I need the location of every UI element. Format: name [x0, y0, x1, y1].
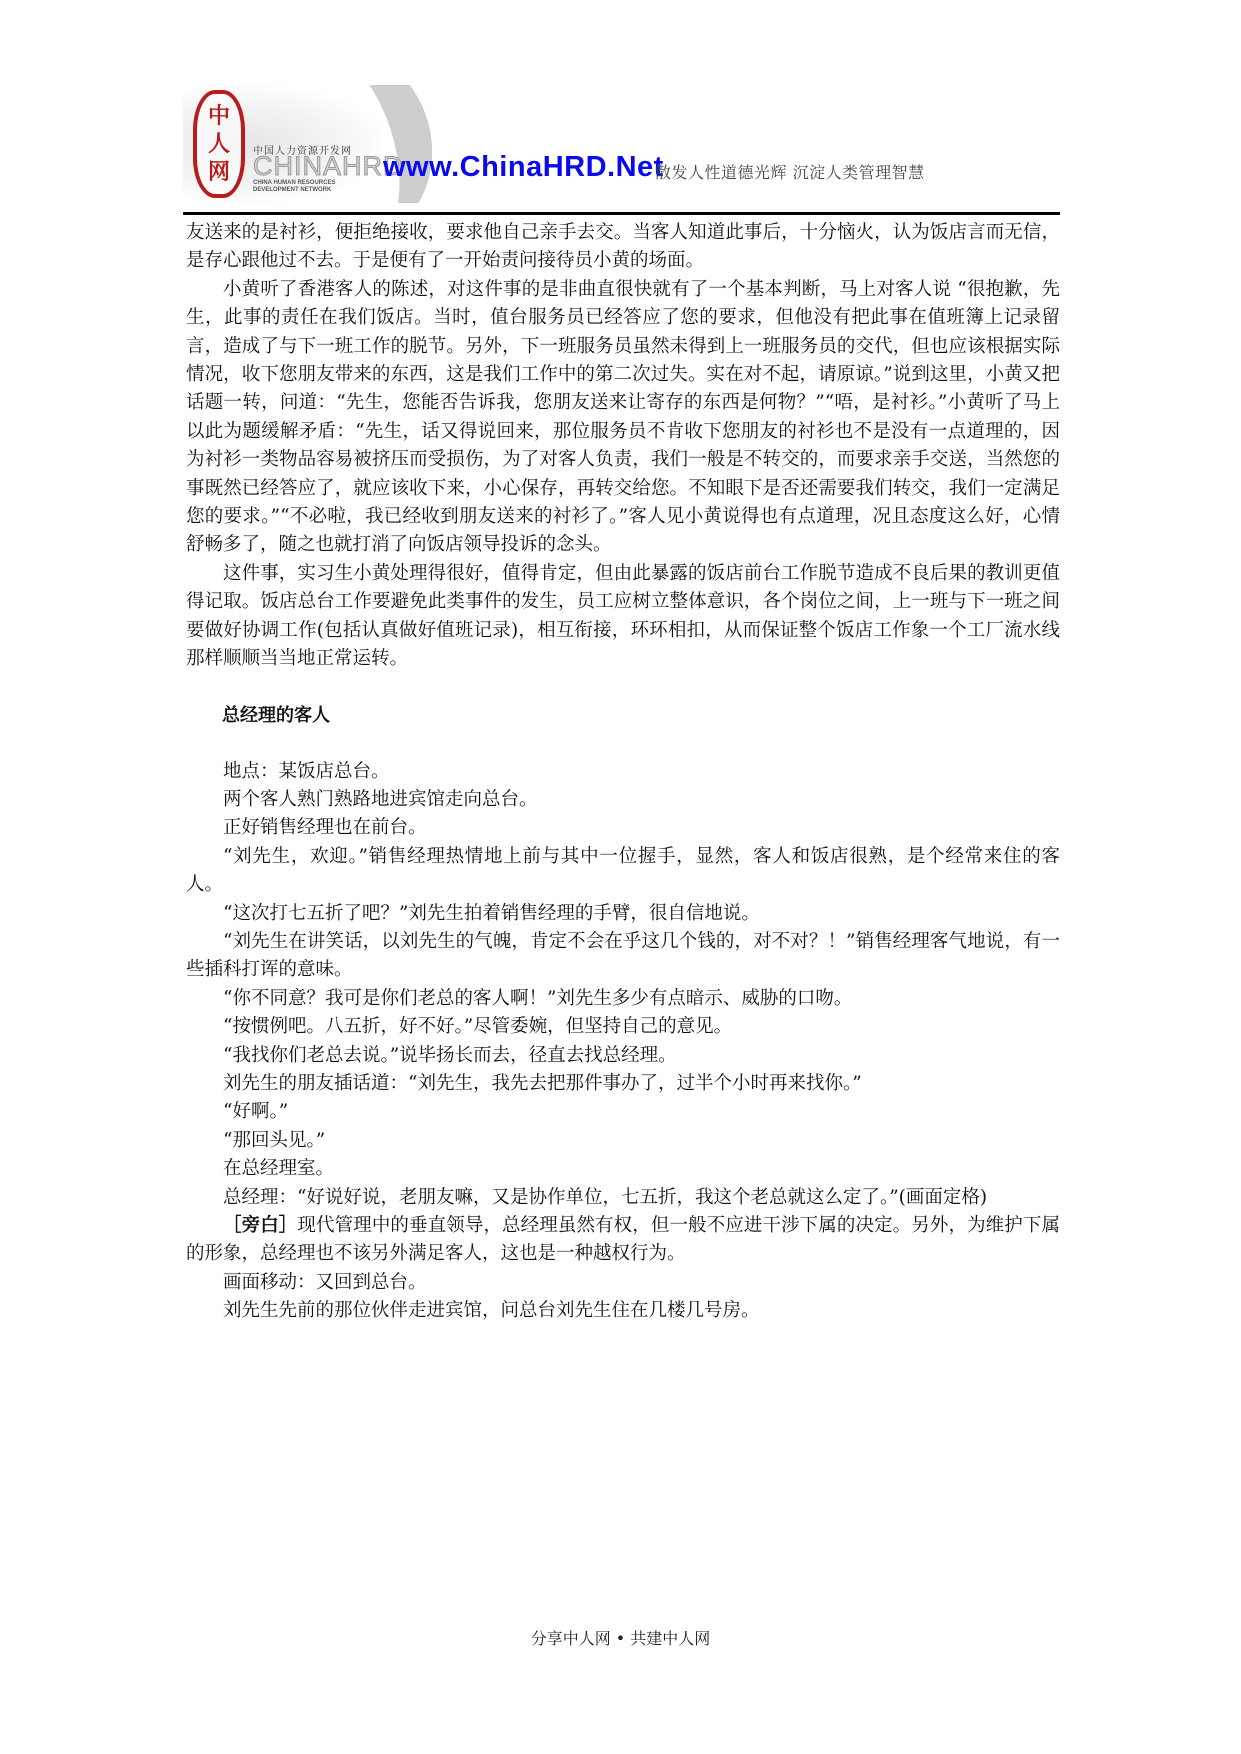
paragraph: 这件事，实习生小黄处理得很好，值得肯定，但由此暴露的饭店前台工作脱节造成不良后果… — [186, 560, 1060, 674]
section-heading: 总经理的客人 — [186, 702, 1060, 730]
paragraph: “好啊。” — [186, 1098, 1060, 1126]
site-url-link[interactable]: www.ChinaHRD.Net — [383, 151, 664, 184]
paragraph: “你不同意？我可是你们老总的客人啊！”刘先生多少有点暗示、威胁的口吻。 — [186, 985, 1060, 1013]
paragraph: “刘先生在讲笑话，以刘先生的气魄，肯定不会在乎这几个钱的，对不对？！”销售经理客… — [186, 928, 1060, 985]
paragraph: 总经理：“好说好说，老朋友嘛，又是协作单位，七五折，我这个老总就这么定了。”(画… — [186, 1184, 1060, 1212]
paragraph: “按惯例吧。八五折，好不好。”尽管委婉，但坚持自己的意见。 — [186, 1013, 1060, 1041]
paragraph: “这次打七五折了吧？”刘先生拍着销售经理的手臂，很自信地说。 — [186, 900, 1060, 928]
paragraph: “那回头见。” — [186, 1127, 1060, 1155]
paragraph: 小黄听了香港客人的陈述，对这件事的是非曲直很快就有了一个基本判断，马上对客人说 … — [186, 276, 1060, 560]
paragraph: 刘先生的朋友插话道：“刘先生，我先去把那件事办了，过半个小时再来找你。” — [186, 1070, 1060, 1098]
paragraph: 画面移动：又回到总台。 — [186, 1269, 1060, 1297]
paragraph: “我找你们老总去说。”说毕扬长而去，径直去找总经理。 — [186, 1042, 1060, 1070]
document-body: 友送来的是衬衫，便拒绝接收，要求他自己亲手去交。当客人知道此事后，十分恼火，认为… — [186, 219, 1060, 1326]
paragraph: 两个客人熟门熟路地进宾馆走向总台。 — [186, 786, 1060, 814]
paragraph: 在总经理室。 — [186, 1155, 1060, 1183]
logo-english-name: CHINAHRD — [253, 152, 404, 180]
seal-icon: 中 人 网 — [193, 90, 245, 198]
logo-subtitle: CHINA HUMAN RESOURCES DEVELOPMENT NETWOR… — [253, 180, 335, 194]
paragraph: 刘先生先前的那位伙伴走进宾馆，问总台刘先生住在几楼几号房。 — [186, 1297, 1060, 1325]
site-slogan: 散发人性道德光辉 沉淀人类管理智慧 — [655, 160, 925, 183]
page-header: 中 人 网 中国人力资源开发网 CHINAHRD CHINA HUMAN RES… — [183, 85, 1060, 207]
page-footer: 分享中人网 • 共建中人网 — [0, 1626, 1241, 1649]
spacer — [186, 674, 1060, 702]
seal-char: 网 — [208, 158, 230, 186]
aside-text: 现代管理中的垂直领导，总经理虽然有权，但一般不应进干涉下属的决定。另外，为维护下… — [186, 1215, 1060, 1264]
paragraph: 友送来的是衬衫，便拒绝接收，要求他自己亲手去交。当客人知道此事后，十分恼火，认为… — [186, 219, 1060, 276]
chinahrd-logo: 中 人 网 中国人力资源开发网 CHINAHRD CHINA HUMAN RES… — [183, 85, 513, 203]
logo-subtitle-line: CHINA HUMAN RESOURCES — [253, 180, 335, 187]
logo-subtitle-line: DEVELOPMENT NETWORK — [253, 187, 335, 194]
seal-char: 中 — [208, 102, 230, 130]
aside-tag: ［旁白］ — [223, 1215, 297, 1236]
header-divider — [183, 212, 1060, 215]
seal-char: 人 — [208, 130, 230, 158]
aside-paragraph: ［旁白］现代管理中的垂直领导，总经理虽然有权，但一般不应进干涉下属的决定。另外，… — [186, 1212, 1060, 1269]
paragraph: 正好销售经理也在前台。 — [186, 814, 1060, 842]
spacer — [186, 730, 1060, 758]
paragraph: 地点：某饭店总台。 — [186, 758, 1060, 786]
paragraph: “刘先生，欢迎。”销售经理热情地上前与其中一位握手，显然，客人和饭店很熟，是个经… — [186, 843, 1060, 900]
